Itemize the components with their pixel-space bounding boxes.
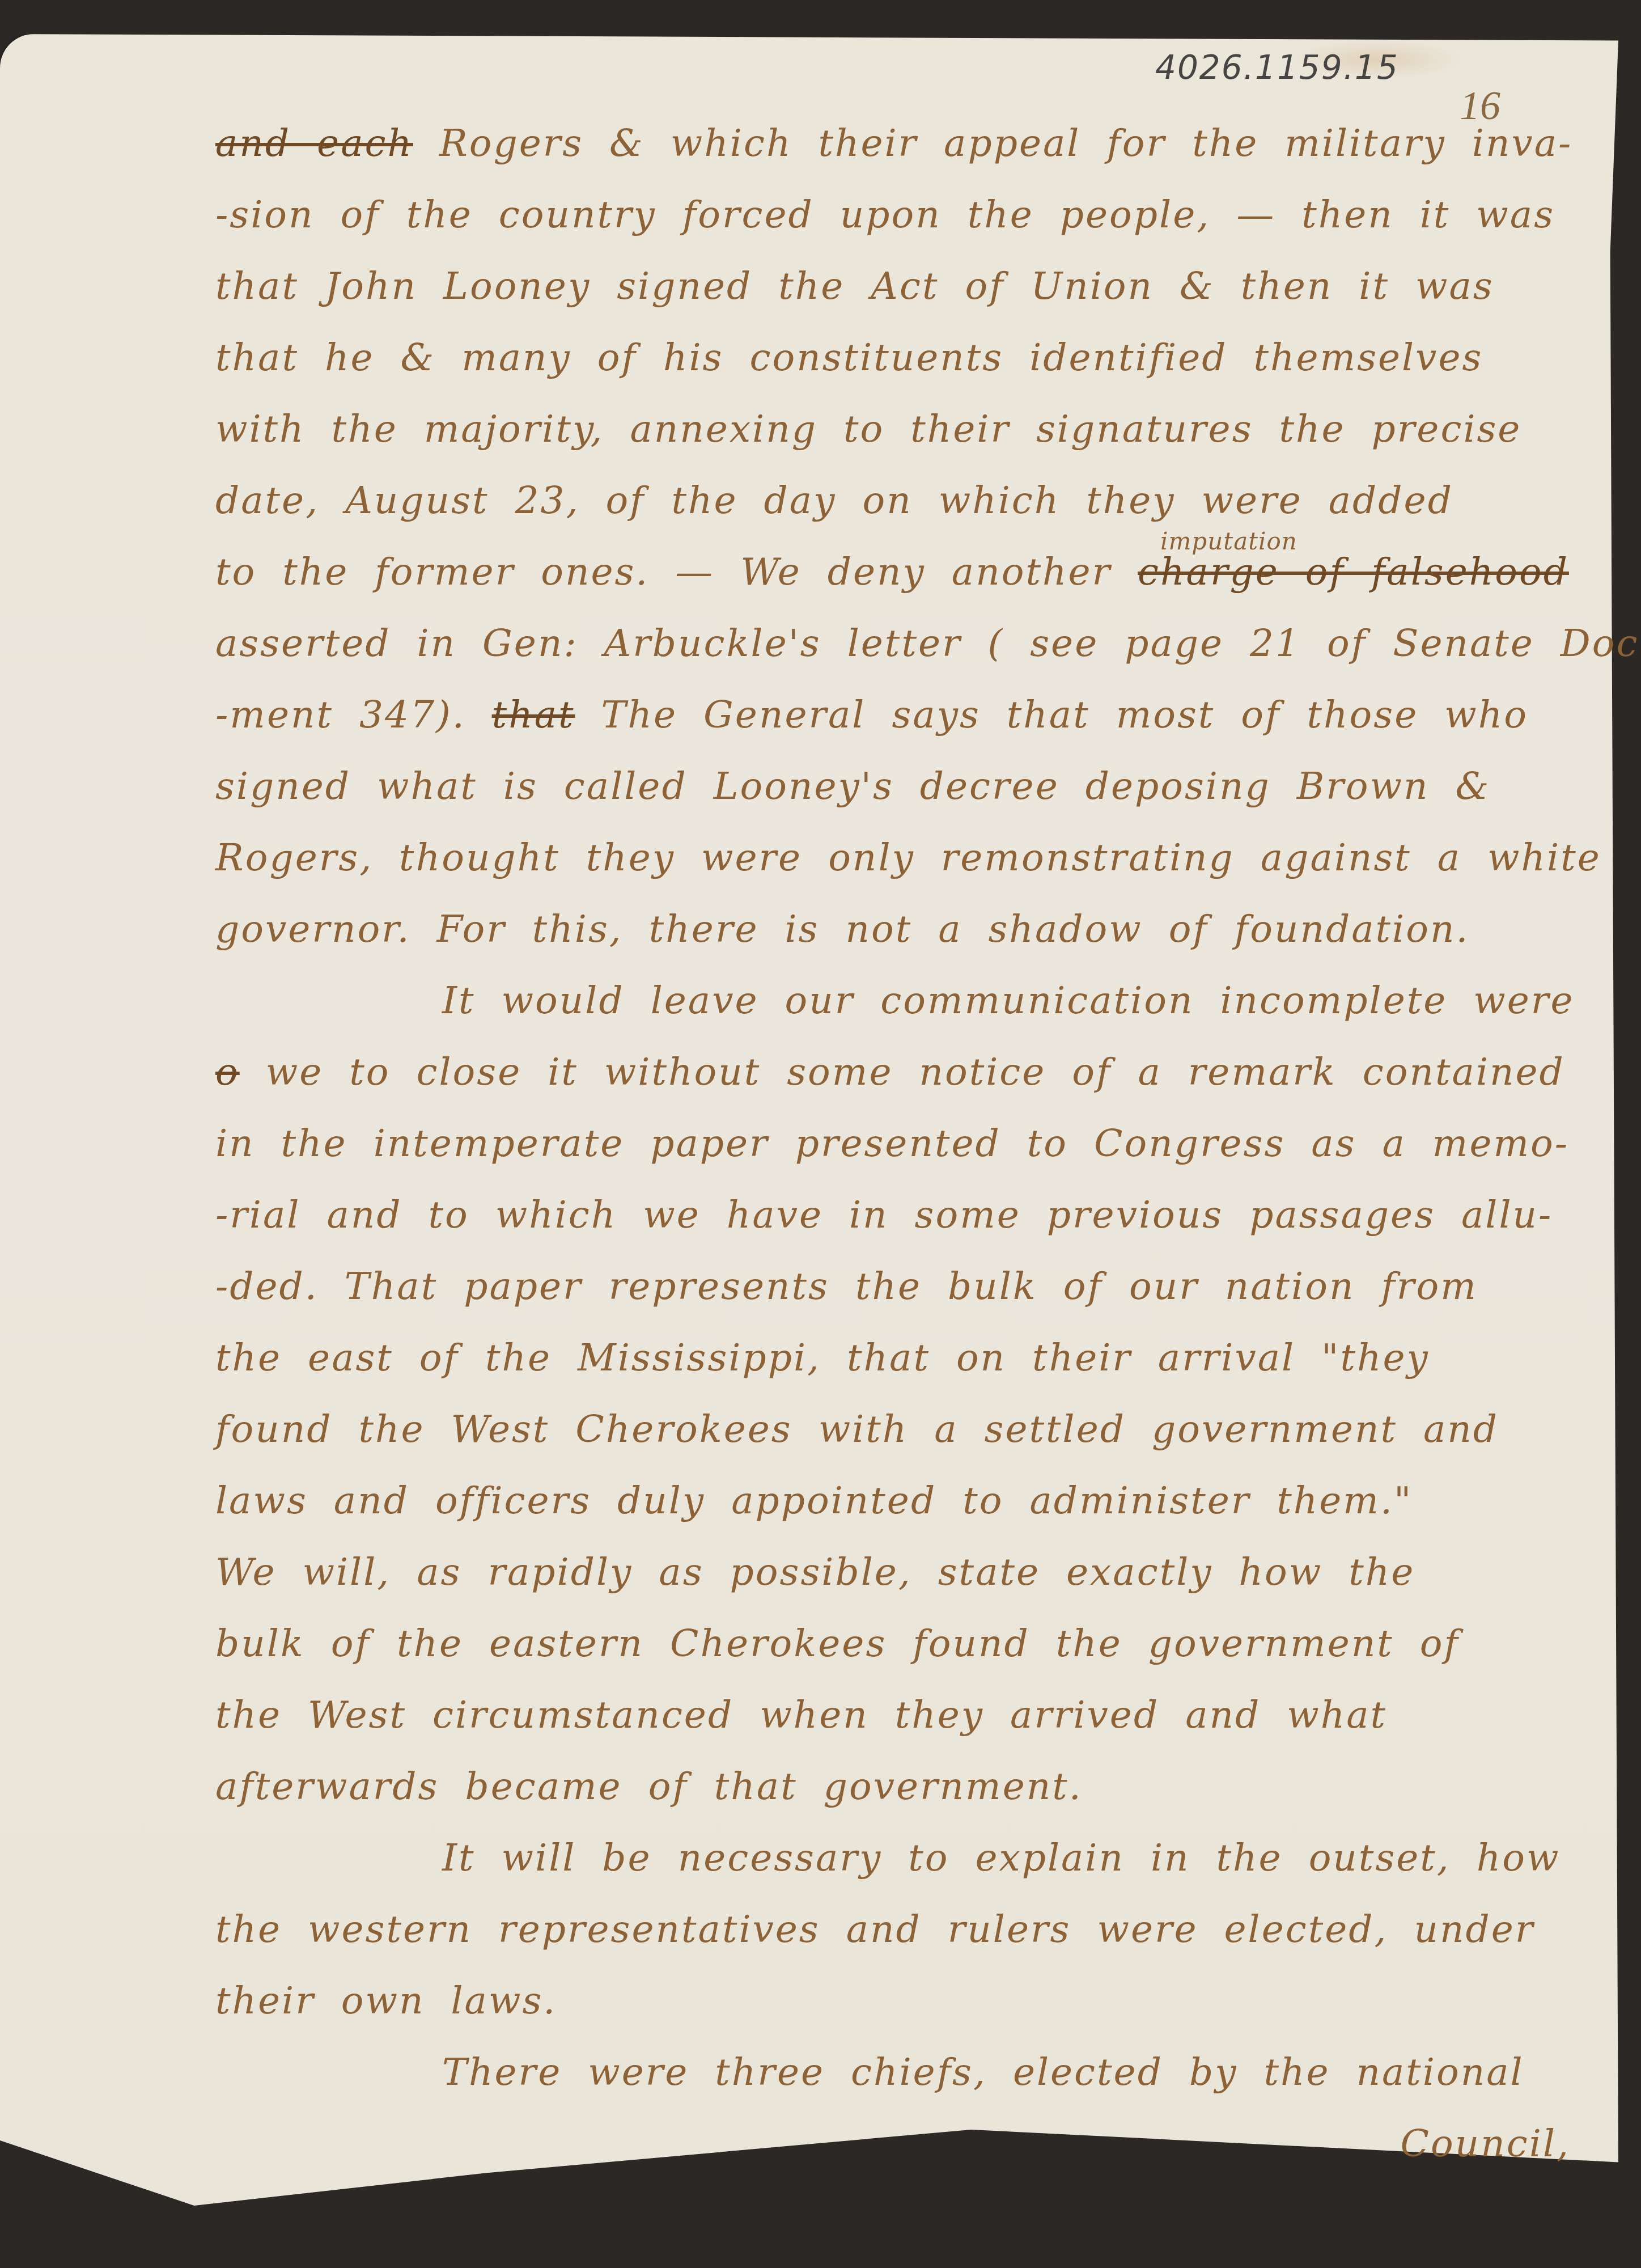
text-line-10: signed what is called Looney's decree de…: [215, 751, 1587, 822]
line-text: the east of the Mississippi, that on the…: [215, 1336, 1430, 1380]
text-line-14: o we to close it without some notice of …: [215, 1036, 1587, 1108]
struck-phrase: charge of falsehood: [1138, 550, 1569, 594]
text-line-12: governor. For this, there is not a shado…: [215, 894, 1587, 965]
line-text: laws and officers duly appointed to admi…: [215, 1479, 1413, 1522]
text-line-27: their own laws.: [215, 1965, 1587, 2037]
text-line-25: It will be necessary to explain in the o…: [215, 1822, 1587, 1894]
manuscript-text: and each Rogers & which their appeal for…: [215, 108, 1587, 2180]
struck-word: and each: [215, 121, 413, 165]
text-line-21: We will, as rapidly as possible, state e…: [215, 1537, 1587, 1608]
text-line-19: found the West Cherokees with a settled …: [215, 1394, 1587, 1465]
text-line-4: that he & many of his constituents ident…: [215, 322, 1587, 393]
line-text: governor. For this, there is not a shado…: [215, 907, 1469, 951]
line-text: Rogers & which their appeal for the mili…: [439, 121, 1572, 165]
line-text: Council,: [1401, 2122, 1570, 2165]
line-text: asserted in Gen: Arbuckle's letter ( see…: [215, 621, 1641, 665]
text-line-24: afterwards became of that government.: [215, 1751, 1587, 1822]
line-text: The General says that most of those who: [601, 693, 1528, 737]
text-line-26: the western representatives and rulers w…: [215, 1894, 1587, 1965]
text-line-11: Rogers, thought they were only remonstra…: [215, 822, 1587, 894]
text-line-15: in the intemperate paper presented to Co…: [215, 1108, 1587, 1179]
inserted-word: imputation: [1160, 530, 1297, 553]
text-line-1: and each Rogers & which their appeal for…: [215, 108, 1587, 179]
line-text: We will, as rapidly as possible, state e…: [215, 1550, 1415, 1594]
line-text: It would leave our communication incompl…: [442, 979, 1574, 1022]
text-line-7: to the former ones. — We deny another im…: [215, 536, 1587, 608]
struck-word: that: [492, 693, 575, 737]
line-text: the western representatives and rulers w…: [215, 1907, 1534, 1951]
line-text: -ded. That paper represents the bulk of …: [215, 1264, 1478, 1308]
line-text: Rogers, thought they were only remonstra…: [215, 836, 1601, 879]
line-text: date, August 23, of the day on which the…: [215, 479, 1453, 522]
text-line-9: -ment 347). that The General says that m…: [215, 679, 1587, 751]
text-line-29: Council,: [215, 2108, 1587, 2180]
line-text: found the West Cherokees with a settled …: [215, 1407, 1499, 1451]
line-text: that John Looney signed the Act of Union…: [215, 264, 1494, 308]
text-line-2: -sion of the country forced upon the peo…: [215, 179, 1587, 251]
line-text: signed what is called Looney's decree de…: [215, 764, 1490, 808]
text-line-6: date, August 23, of the day on which the…: [215, 465, 1587, 536]
text-line-22: bulk of the eastern Cherokees found the …: [215, 1608, 1587, 1679]
line-text: afterwards became of that government.: [215, 1765, 1083, 1808]
struck-word: o: [215, 1050, 240, 1094]
text-line-18: the east of the Mississippi, that on the…: [215, 1322, 1587, 1394]
line-text-start: -ment 347).: [215, 693, 466, 737]
text-line-5: with the majority, annexing to their sig…: [215, 393, 1587, 465]
text-line-20: laws and officers duly appointed to admi…: [215, 1465, 1587, 1537]
line-text: bulk of the eastern Cherokees found the …: [215, 1622, 1460, 1665]
text-line-28: There were three chiefs, elected by the …: [215, 2037, 1587, 2108]
line-text: the West circumstanced when they arrived…: [215, 1693, 1387, 1737]
line-text: to the former ones. — We deny another: [215, 550, 1112, 594]
text-line-8: asserted in Gen: Arbuckle's letter ( see…: [215, 608, 1587, 679]
line-text: -sion of the country forced upon the peo…: [215, 193, 1555, 236]
catalog-number: 4026.1159.15: [1155, 48, 1399, 87]
line-text: we to close it without some notice of a …: [266, 1050, 1565, 1094]
line-text: that he & many of his constituents ident…: [215, 336, 1483, 379]
text-line-16: -rial and to which we have in some previ…: [215, 1179, 1587, 1251]
line-text: in the intemperate paper presented to Co…: [215, 1122, 1569, 1165]
line-text: with the majority, annexing to their sig…: [215, 407, 1521, 451]
line-text: -rial and to which we have in some previ…: [215, 1193, 1553, 1237]
line-text: their own laws.: [215, 1979, 557, 2022]
text-line-23: the West circumstanced when they arrived…: [215, 1679, 1587, 1751]
text-line-13: It would leave our communication incompl…: [215, 965, 1587, 1036]
text-line-17: -ded. That paper represents the bulk of …: [215, 1251, 1587, 1322]
line-text: There were three chiefs, elected by the …: [442, 2050, 1524, 2094]
text-line-3: that John Looney signed the Act of Union…: [215, 251, 1587, 322]
line-text: It will be necessary to explain in the o…: [442, 1836, 1561, 1880]
